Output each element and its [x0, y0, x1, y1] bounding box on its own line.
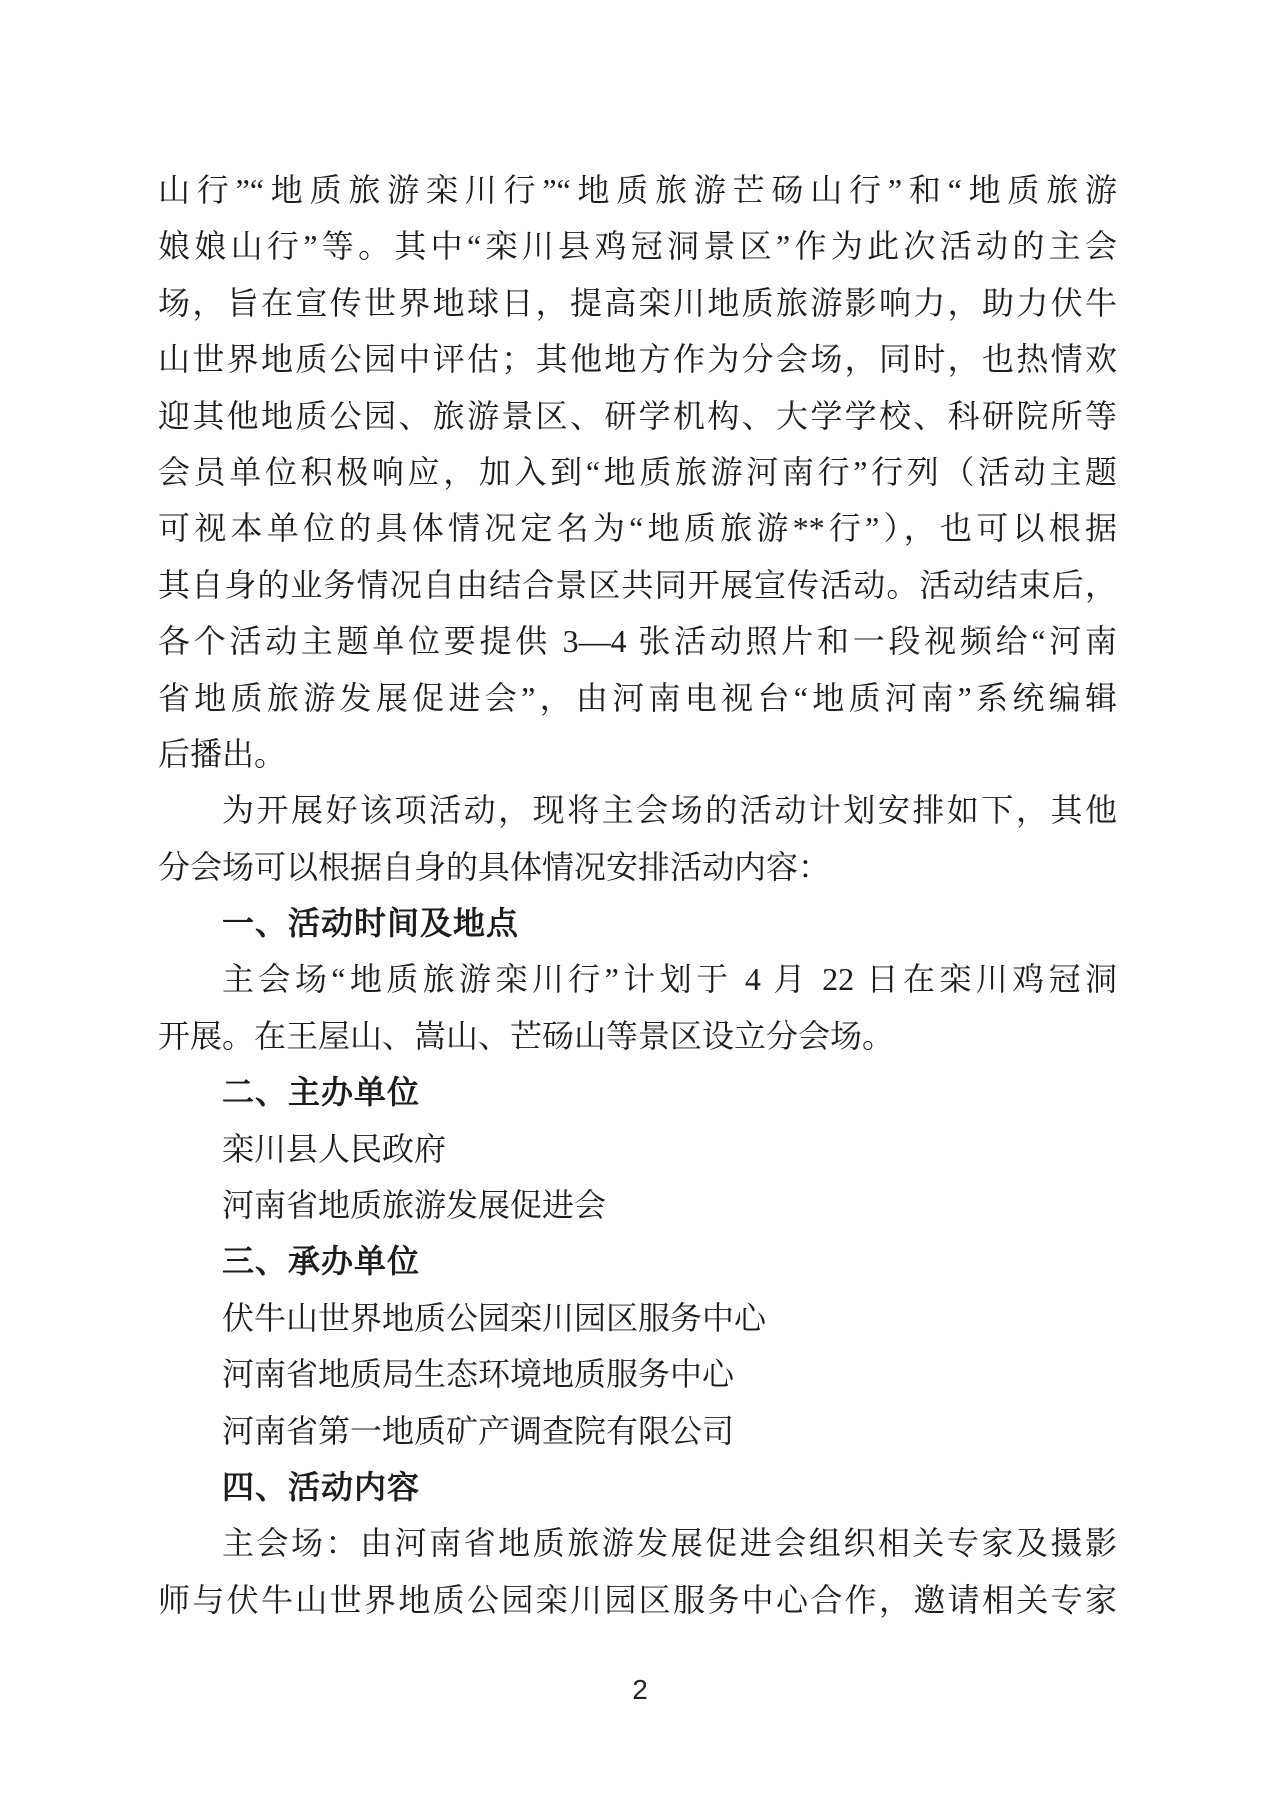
section-heading: 二、主办单位: [158, 1064, 1117, 1120]
document-line: 河南省地质局生态环境地质服务中心: [158, 1346, 1117, 1402]
document-body: 山行”“地质旅游栾川行”“地质旅游芒砀山行”和“地质旅游娘娘山行”等。其中“栾川…: [158, 162, 1117, 1628]
document-line: 山行”“地质旅游栾川行”“地质旅游芒砀山行”和“地质旅游: [158, 162, 1117, 218]
document-line: 栾川县人民政府: [158, 1121, 1117, 1177]
document-line: 可视本单位的具体情况定名为“地质旅游**行”），也可以根据: [158, 500, 1117, 556]
document-line: 为开展好该项活动，现将主会场的活动计划安排如下，其他: [158, 782, 1117, 838]
document-page: 山行”“地质旅游栾川行”“地质旅游芒砀山行”和“地质旅游娘娘山行”等。其中“栾川…: [0, 0, 1280, 1810]
page-number: 2: [0, 1676, 1280, 1704]
document-line: 会员单位积极响应，加入到“地质旅游河南行”行列（活动主题: [158, 444, 1117, 500]
document-line: 各个活动主题单位要提供 3—4 张活动照片和一段视频给“河南: [158, 613, 1117, 669]
document-line: 河南省第一地质矿产调查院有限公司: [158, 1403, 1117, 1459]
document-line: 迎其他地质公园、旅游景区、研学机构、大学学校、科研院所等: [158, 388, 1117, 444]
document-line: 河南省地质旅游发展促进会: [158, 1177, 1117, 1233]
document-line: 分会场可以根据自身的具体情况安排活动内容：: [158, 839, 1117, 895]
document-line: 省地质旅游发展促进会”，由河南电视台“地质河南”系统编辑: [158, 670, 1117, 726]
document-line: 娘娘山行”等。其中“栾川县鸡冠洞景区”作为此次活动的主会: [158, 218, 1117, 274]
document-line: 开展。在王屋山、嵩山、芒砀山等景区设立分会场。: [158, 1008, 1117, 1064]
document-line: 场，旨在宣传世界地球日，提高栾川地质旅游影响力，助力伏牛: [158, 275, 1117, 331]
document-line: 其自身的业务情况自由结合景区共同开展宣传活动。活动结束后，: [158, 557, 1117, 613]
section-heading: 一、活动时间及地点: [158, 895, 1117, 951]
section-heading: 三、承办单位: [158, 1233, 1117, 1289]
document-line: 主会场：由河南省地质旅游发展促进会组织相关专家及摄影: [158, 1515, 1117, 1571]
document-line: 伏牛山世界地质公园栾川园区服务中心: [158, 1290, 1117, 1346]
document-line: 山世界地质公园中评估；其他地方作为分会场，同时，也热情欢: [158, 331, 1117, 387]
document-line: 后播出。: [158, 726, 1117, 782]
document-line: 师与伏牛山世界地质公园栾川园区服务中心合作，邀请相关专家: [158, 1572, 1117, 1628]
section-heading: 四、活动内容: [158, 1459, 1117, 1515]
document-line: 主会场“地质旅游栾川行”计划于 4 月 22 日在栾川鸡冠洞: [158, 951, 1117, 1007]
